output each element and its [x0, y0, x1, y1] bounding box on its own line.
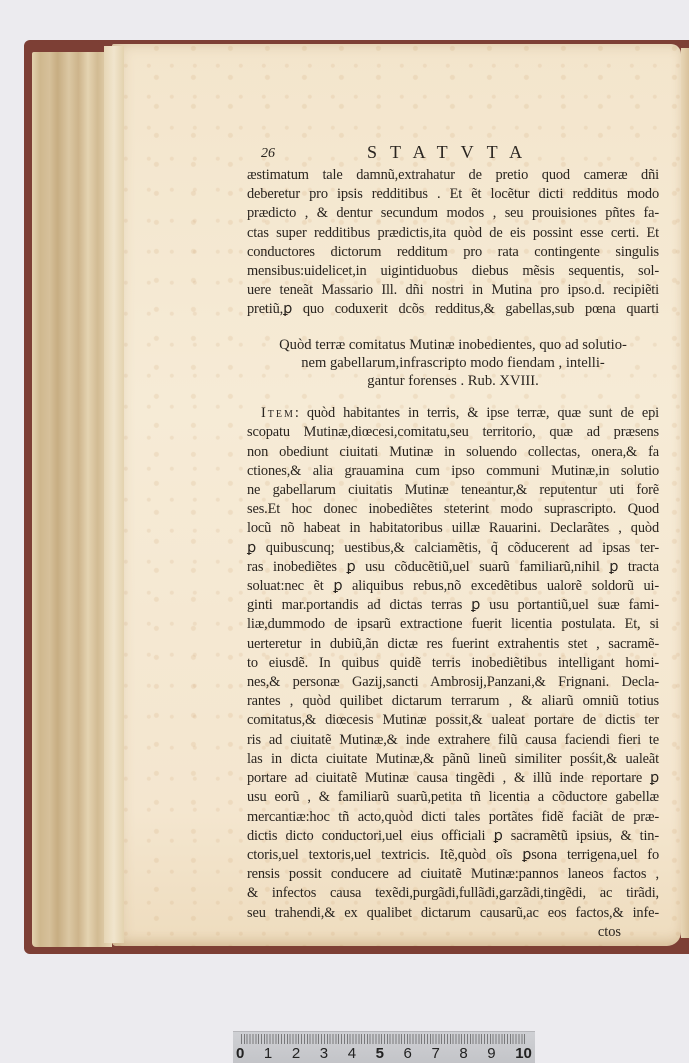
text-line: prædicto , & dentur secundum modos , seu… [247, 204, 659, 223]
ruler-ticks [241, 1034, 527, 1044]
text-line: ꝑ quibuscunq; uestibus,& calciamẽtis, q̃… [247, 539, 659, 558]
text-line: non obediunt ciuitati Mutinæ in soluendo… [247, 443, 659, 462]
rubric-line: gantur forenses . Rub. XVIII. [247, 372, 659, 390]
ruler-labels: 0 1 2 3 4 5 6 7 8 9 10 [236, 1045, 532, 1062]
text-line: ris ad ciuitatẽ Mutinæ,& inde extrahere … [247, 731, 659, 750]
ruler-label: 4 [348, 1045, 356, 1062]
ruler-label: 2 [292, 1045, 300, 1062]
paragraph-body: Item: quòd habitantes in terris, & ipse … [247, 404, 659, 942]
text-line-rest: : quòd habitantes in terris, & ipse terr… [295, 405, 659, 421]
text-line: ne gabellarum ciuitatis Mutinæ teneantur… [247, 481, 659, 500]
rubric-heading: Quòd terræ comitatus Mutinæ inobedientes… [247, 336, 659, 391]
page-header: 26 STATVTA [247, 142, 659, 164]
ruler-label: 1 [264, 1045, 272, 1062]
rubric-line: nem gabellarum,infrascripto modo fiendam… [247, 354, 659, 372]
text-line: nes,& personæ Gazij,sancti Ambrosij,Panz… [247, 673, 659, 692]
text-line: uere teneãt Massario Ill. dñi nostri in … [247, 281, 659, 300]
text-line: ras inobediẽtes ꝑ usu cõducẽtiũ,uel suar… [247, 558, 659, 577]
text-line: usu eorũ , & familiarũ suarũ,petita tñ l… [247, 788, 659, 807]
scale-ruler: 0 1 2 3 4 5 6 7 8 9 10 [233, 1031, 535, 1063]
text-line: comitatus,& diœcesis Mutinæ possit,& ual… [247, 711, 659, 730]
ruler-label: 0 [236, 1045, 244, 1062]
text-line: ctas super redditibus prædictis,ita quòd… [247, 224, 659, 243]
book-gutter [104, 46, 124, 943]
text-line: æstimatum tale damnũ,extrahatur de preti… [247, 166, 659, 185]
item-word: Item [261, 405, 295, 421]
ruler-label: 6 [404, 1045, 412, 1062]
text-line: seu trahendi,& ex qualibet dictarum caus… [247, 904, 659, 923]
text-line: rensis possit conducere ad ciuitatẽ Muti… [247, 865, 659, 884]
ruler-label: 8 [459, 1045, 467, 1062]
running-title: STATVTA [367, 142, 535, 163]
ruler-label: 5 [376, 1045, 384, 1062]
text-line: & infectos causa texẽdi,purgãdi,fullãdi,… [247, 884, 659, 903]
text-line: mensibus:uidelicet,in uigintiduobus dieb… [247, 262, 659, 281]
text-line: ctoris,uel textoris,uel textricis. Itẽ,q… [247, 846, 659, 865]
ruler-label: 3 [320, 1045, 328, 1062]
paragraph-top: æstimatum tale damnũ,extrahatur de preti… [247, 166, 659, 320]
text-line: las in dicta ciuitate Mutinæ,& pãnũ line… [247, 750, 659, 769]
rubric-line: Quòd terræ comitatus Mutinæ inobedientes… [247, 336, 659, 354]
text-line: to eiusdẽ. In quibus quidẽ terris inobed… [247, 654, 659, 673]
text-line: pretiũ,ꝑ quo coduxerit dcõs redditus,& g… [247, 300, 659, 319]
page-stack-edge [32, 52, 112, 947]
text-line: portare ad ciuitatẽ Mutinæ causa tingẽdi… [247, 769, 659, 788]
page-right-edge [681, 48, 689, 938]
catchword: ctos [247, 923, 659, 942]
text-line: uerteretur in dubiũ,ãn dictæ res fuerint… [247, 635, 659, 654]
ruler-label: 9 [487, 1045, 495, 1062]
text-line: ctiones,& alia grauamina cum ipso commun… [247, 462, 659, 481]
ruler-label: 10 [515, 1045, 532, 1062]
text-line: mercantiæ:hoc tñ acto,quòd dicti tales p… [247, 808, 659, 827]
page-number: 26 [261, 146, 275, 162]
text-line: rantes , quòd quilibet dictarum terrarum… [247, 692, 659, 711]
text-line: Item: quòd habitantes in terris, & ipse … [247, 404, 659, 423]
ruler-label: 7 [431, 1045, 439, 1062]
text-line: ginti mar.portandis ad dictas terras ꝑ u… [247, 596, 659, 615]
text-line: soluat:nec ẽt ꝑ aliquibus rebus,nõ exced… [247, 577, 659, 596]
text-line: locũ nõ habeat in habitatoribus uillæ Ra… [247, 519, 659, 538]
text-line: liæ,dummodo de ipsarũ extractione fuerit… [247, 615, 659, 634]
text-line: scopatu Mutinæ,diœcesi,comitatu,seu terr… [247, 423, 659, 442]
text-line: dictis dicto conductori,uel eius officia… [247, 827, 659, 846]
page-text-block: 26 STATVTA æstimatum tale damnũ,extrahat… [247, 142, 659, 942]
text-line: deberetur pro ipsis redditibus . Et ẽt l… [247, 185, 659, 204]
text-line: ses.Et hoc donec inobediẽtes steterint m… [247, 500, 659, 519]
text-line: conductores dictorum redditum pro rata c… [247, 243, 659, 262]
